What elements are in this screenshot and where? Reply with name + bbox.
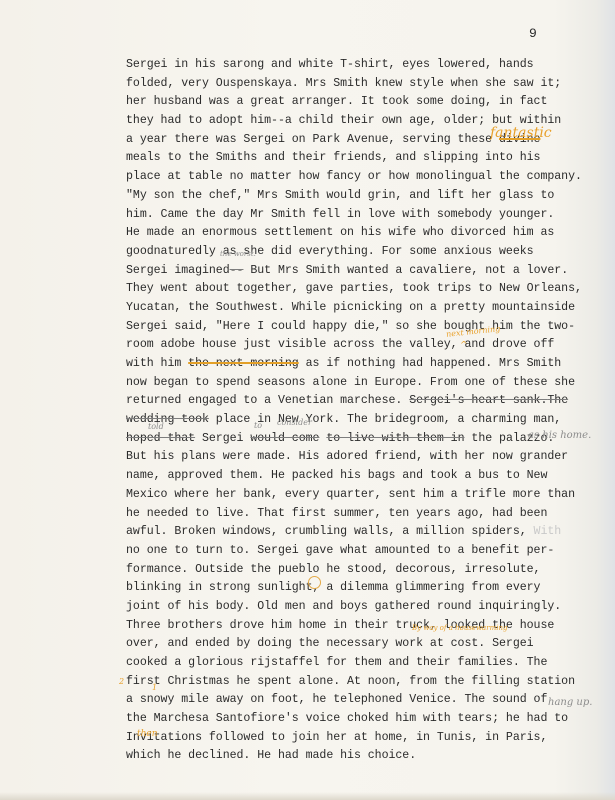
struck-sergeis-heart-sank: Sergei's heart sank. xyxy=(409,394,547,407)
text-line: Sergei in his sarong and white T-shirt, … xyxy=(126,56,596,75)
text-line: room adobe house just visible across the… xyxy=(126,336,596,355)
struck-would-come: would come xyxy=(250,432,319,445)
text-line: folded, very Ouspenskaya. Mrs Smith knew… xyxy=(126,75,596,94)
struck-dash: -- xyxy=(230,264,244,277)
text-line: joint of his body. Old men and boys gath… xyxy=(126,598,596,617)
text-line: which he declined. He had made his choic… xyxy=(126,747,596,766)
text-line: the Marchesa Santofiore's voice choked h… xyxy=(126,710,596,729)
text-line: returned engaged to a Venetian marchese.… xyxy=(126,392,596,411)
text-line: wedding took place in New York. The brid… xyxy=(126,411,596,430)
text-line: cooked a glorious rijstaffel for them an… xyxy=(126,654,596,673)
text-line: a year there was Sergei on Park Avenue, … xyxy=(126,131,596,150)
text-line: goodnaturedly as she did everything. For… xyxy=(126,243,596,262)
text-line: her husband was a great arranger. It too… xyxy=(126,93,596,112)
struck-wedding-took: wedding took xyxy=(126,413,209,426)
struck-word-divine: divine xyxy=(499,133,540,146)
text-line: a snowy mile away on foot, he telephoned… xyxy=(126,691,596,710)
text-line: meals to the Smiths and their friends, a… xyxy=(126,149,596,168)
struck-the: The xyxy=(547,394,568,407)
text-line: no one to turn to. Sergei gave what amou… xyxy=(126,542,596,561)
page-number: 9 xyxy=(529,26,537,41)
text-line: But his plans were made. His adored frie… xyxy=(126,448,596,467)
transpose-mark-2: 2 xyxy=(119,677,124,686)
text-line: Invitations followed to join her at home… xyxy=(126,729,596,748)
text-line: Yucatan, the Southwest. While picnicking… xyxy=(126,299,596,318)
struck-hoped-that: hoped that xyxy=(126,432,195,445)
text-line: place at table no matter how fancy or ho… xyxy=(126,168,596,187)
text-line: they had to adopt him--a child their own… xyxy=(126,112,596,131)
text-line: he needed to live. That first summer, te… xyxy=(126,505,596,524)
typed-body-text: Sergei in his sarong and white T-shirt, … xyxy=(126,56,596,766)
text-line: formance. Outside the pueblo he stood, d… xyxy=(126,561,596,580)
text-line: They went about together, gave parties, … xyxy=(126,280,596,299)
text-line: Three brothers drove him home in their t… xyxy=(126,617,596,636)
text-line: "My son the chef," Mrs Smith would grin,… xyxy=(126,187,596,206)
text-line: now began to spend seasons alone in Euro… xyxy=(126,374,596,393)
text-line: blinking in strong sunlight, a dilemma g… xyxy=(126,579,596,598)
text-line: He made an enormous settlement on his wi… xyxy=(126,224,596,243)
struck-to-live-with-them-in: to live with them in xyxy=(326,432,464,445)
manuscript-page: 9 Sergei in his sarong and white T-shirt… xyxy=(0,0,615,800)
text-line: awful. Broken windows, crumbling walls, … xyxy=(126,523,596,542)
circled-word-mark xyxy=(308,576,321,589)
text-line: hoped that Sergei would come to live wit… xyxy=(126,430,596,449)
faded-word-with: With xyxy=(534,525,562,538)
text-line: Sergei said, "Here I could happy die," s… xyxy=(126,318,596,337)
text-line: first Christmas he spent alone. At noon,… xyxy=(126,673,596,692)
text-line: Mexico where her bank, every quarter, se… xyxy=(126,486,596,505)
struck-the-next-morning: the next morning xyxy=(188,357,299,370)
text-line: name, approved them. He packed his bags … xyxy=(126,467,596,486)
text-line: him. Came the day Mr Smith fell in love … xyxy=(126,206,596,225)
text-line: with him the next morning as if nothing … xyxy=(126,355,596,374)
text-line: Sergei imagined-- But Mrs Smith wanted a… xyxy=(126,262,596,281)
text-line: over, and ended by doing the necessary w… xyxy=(126,635,596,654)
